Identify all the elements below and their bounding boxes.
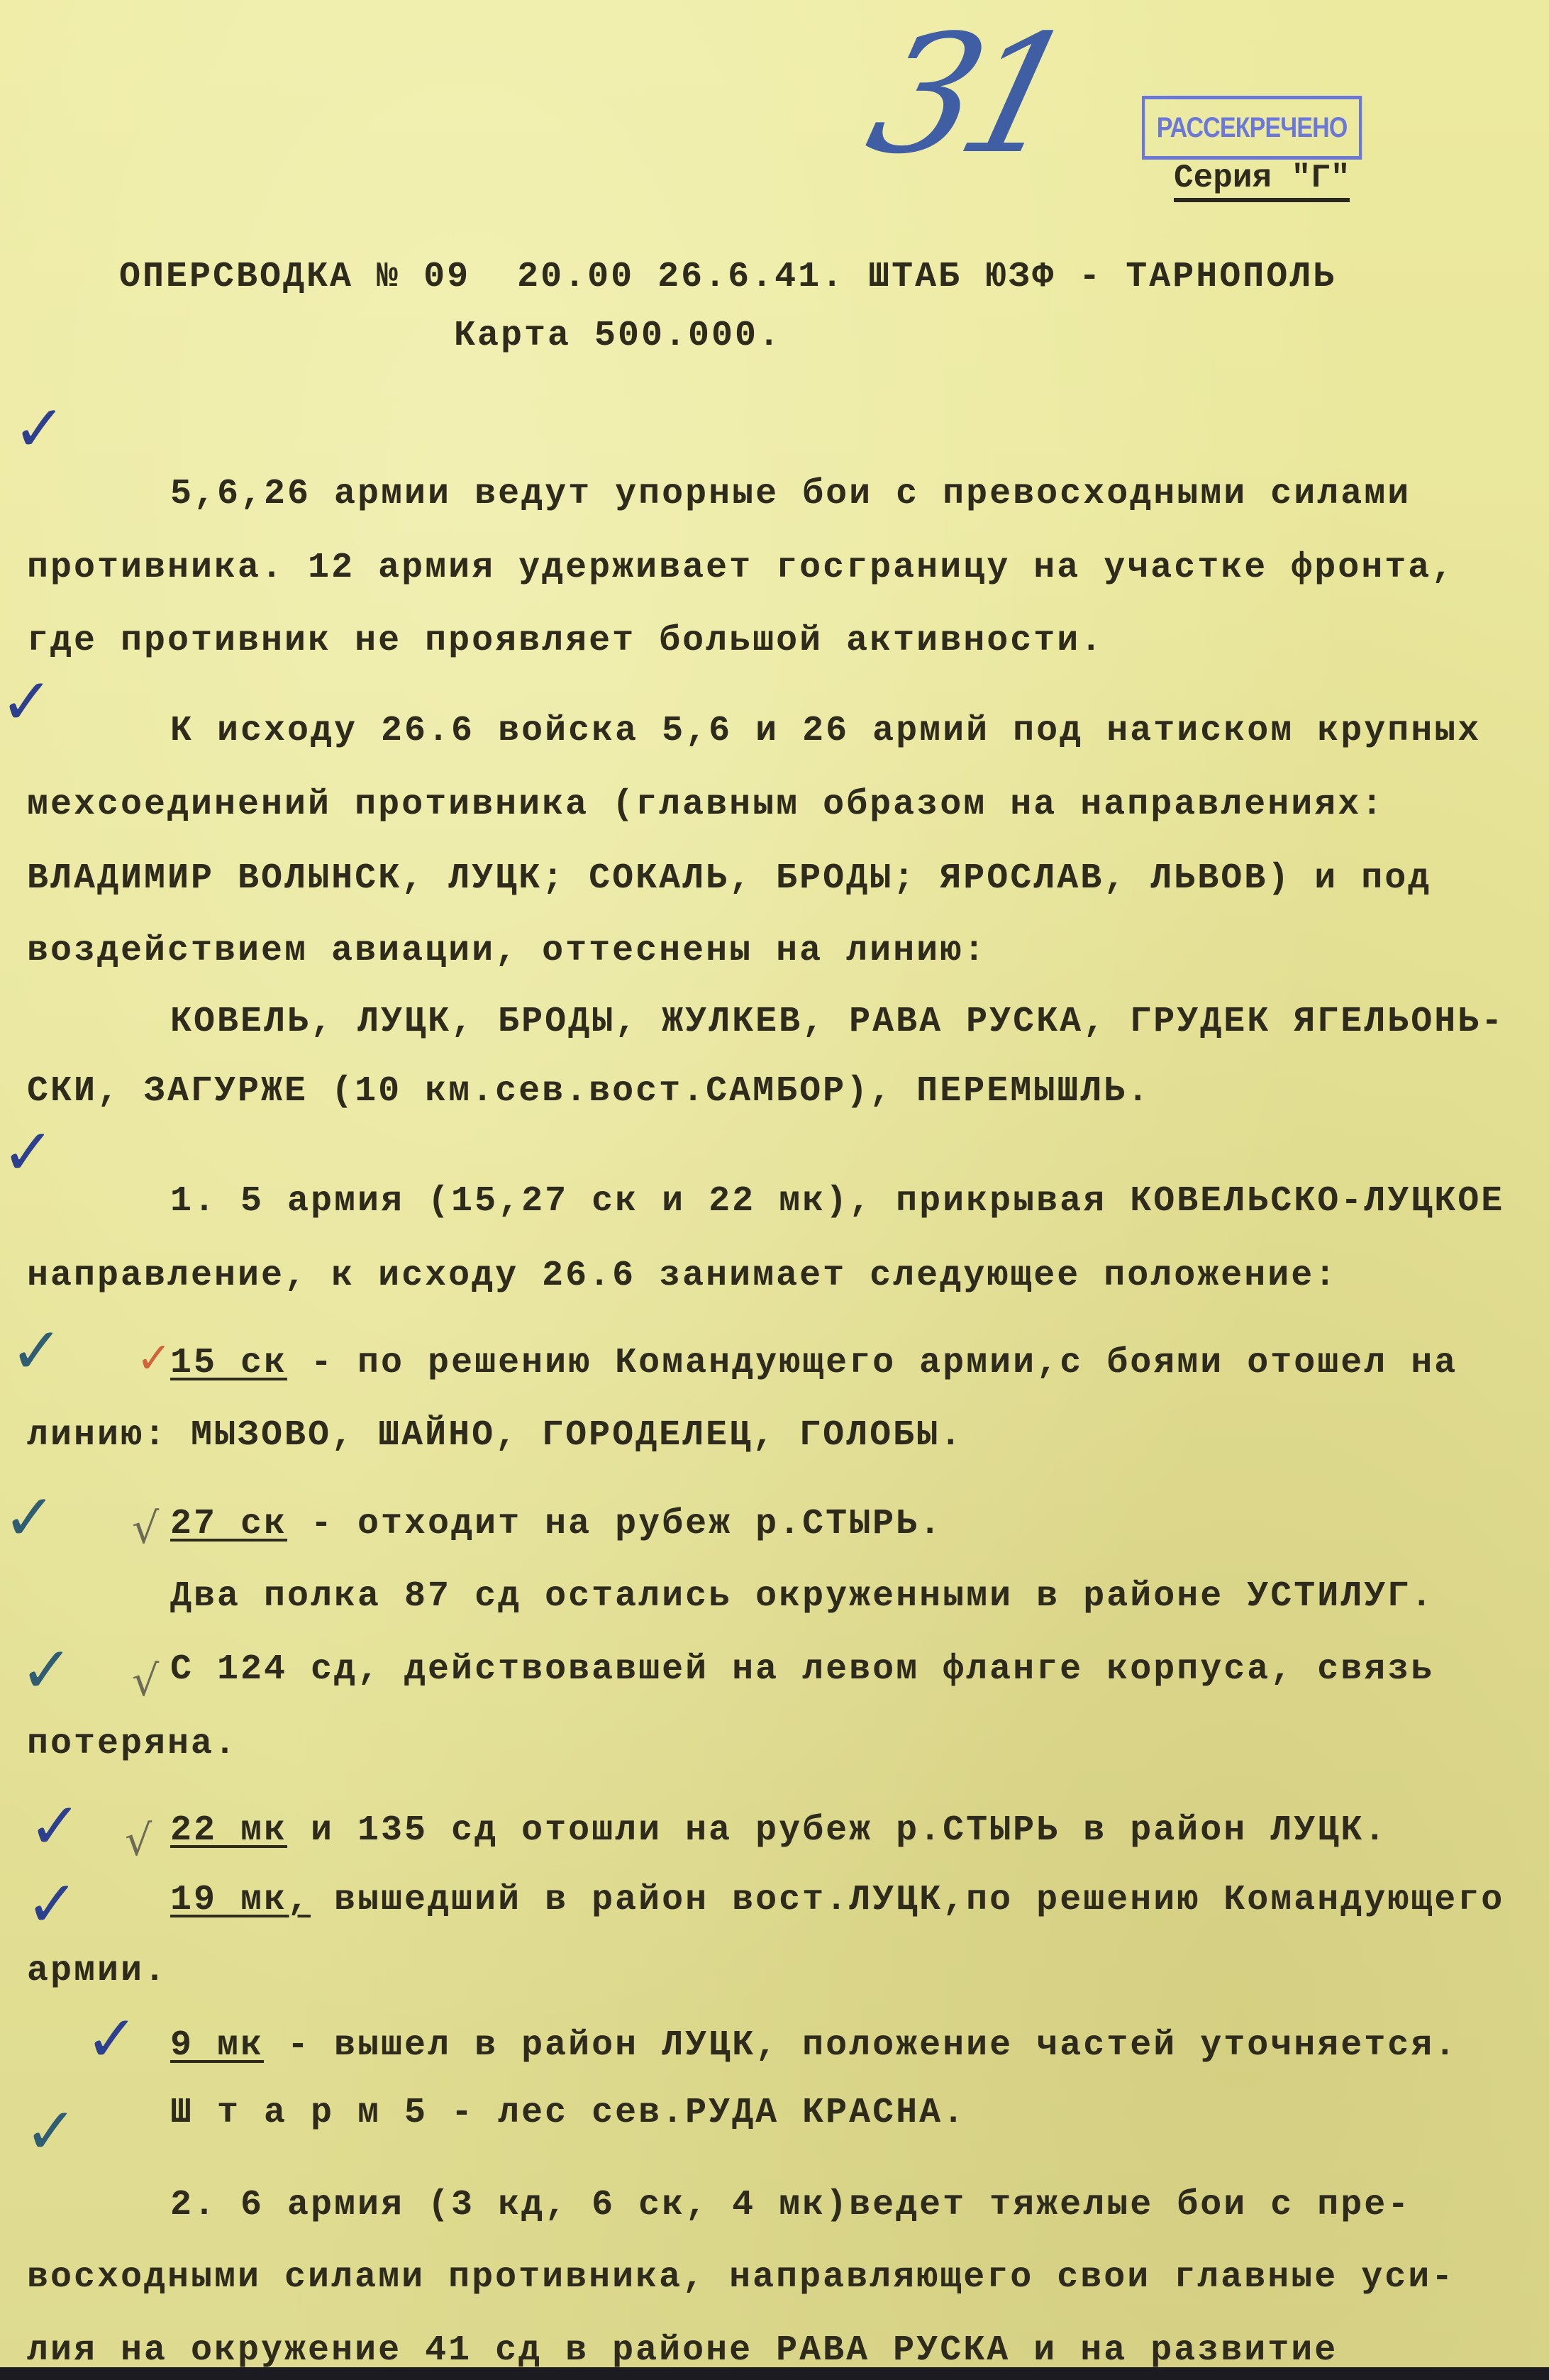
paragraph-line: направление, к исходу 26.6 занимает след… (27, 1256, 1338, 1296)
unit-entry-9mk: 9 мк - вышел в район ЛУЦК, положение час… (170, 2025, 1458, 2066)
check-mark-icon: ✓ (26, 1873, 79, 1937)
check-mark-icon: ✓ (10, 1319, 63, 1383)
unit-label: 19 мк, (170, 1880, 311, 1920)
check-mark-icon: ✓ (136, 1337, 172, 1380)
paragraph-line: СКИ, ЗАГУРЖЕ (10 км.сев.вост.САМБОР), ПЕ… (27, 1071, 1150, 1112)
torn-page-edge (0, 2367, 1549, 2380)
paragraph-line: потеряна. (27, 1724, 238, 1764)
unit-text: - по решению Командующего армии,с боями … (287, 1343, 1458, 1383)
paragraph-line: Два полка 87 сд остались окруженными в р… (170, 1576, 1434, 1617)
unit-text: - отходит на рубеж р.СТЫРЬ. (287, 1504, 943, 1544)
series-label: Серия "Г" (1174, 160, 1350, 202)
unit-label: 27 ск (170, 1504, 287, 1544)
unit-entry-27ck: 27 ск - отходит на рубеж р.СТЫРЬ. (170, 1504, 943, 1544)
paragraph-line: линию: МЫЗОВО, ШАЙНО, ГОРОДЕЛЕЦ, ГОЛОБЫ. (27, 1415, 963, 1456)
paragraph-line: восходными силами противника, направляющ… (27, 2257, 1455, 2298)
unit-entry-22mk: 22 мк и 135 сд отошли на рубеж р.СТЫРЬ в… (170, 1810, 1387, 1851)
unit-label: 22 мк (170, 1810, 287, 1851)
unit-text: - вышел в район ЛУЦК, положение частей у… (264, 2025, 1458, 2066)
paragraph-line: 1. 5 армия (15,27 ск и 22 мк), прикрывая… (170, 1181, 1504, 1222)
declassified-stamp: РАССЕКРЕЧЕНО (1142, 96, 1362, 160)
paragraph-line: ВЛАДИМИР ВОЛЫНСК, ЛУЦК; СОКАЛЬ, БРОДЫ; Я… (27, 858, 1431, 899)
unit-text: и 135 сд отошли на рубеж р.СТЫРЬ в район… (287, 1810, 1387, 1851)
check-mark-icon: √ (132, 1507, 159, 1550)
check-mark-icon: ✓ (3, 1486, 56, 1550)
unit-text: вышедший в район вост.ЛУЦК,по решению Ко… (311, 1880, 1504, 1920)
check-mark-icon: ✓ (13, 397, 66, 461)
paragraph-line: К исходу 26.6 войска 5,6 и 26 армий под … (170, 711, 1481, 751)
map-scale: Карта 500.000. (454, 316, 782, 356)
unit-entry-19mk: 19 мк, вышедший в район вост.ЛУЦК,по реш… (170, 1880, 1504, 1920)
paragraph-line: где противник не проявляет большой актив… (27, 621, 1104, 661)
army-hq-line: Ш т а р м 5 - лес сев.РУДА КРАСНА. (170, 2093, 966, 2133)
check-mark-icon: ✓ (0, 670, 53, 734)
unit-label: 9 мк (170, 2025, 264, 2066)
paragraph-line: КОВЕЛЬ, ЛУЦК, БРОДЫ, ЖУЛКЕВ, РАВА РУСКА,… (170, 1002, 1504, 1042)
paragraph-line: лия на окружение 41 сд в районе РАВА РУС… (27, 2330, 1338, 2371)
unit-entry-15ck: 15 ск - по решению Командующего армии,с … (170, 1343, 1458, 1383)
paragraph-line: армии. (27, 1951, 167, 1991)
document-title: ОПЕРСВОДКА № 09 20.00 26.6.41. ШТАБ ЮЗФ … (119, 257, 1336, 297)
check-mark-icon: √ (132, 1660, 159, 1703)
check-mark-icon: ✓ (20, 1639, 73, 1703)
paragraph-line: противника. 12 армия удерживает госграни… (27, 548, 1455, 588)
check-mark-icon: ✓ (85, 2008, 138, 2071)
paragraph-line: мехсоединений противника (главным образо… (27, 785, 1384, 825)
paragraph-line: С 124 сд, действовавшей на левом фланге … (170, 1649, 1434, 1690)
check-mark-icon: √ (125, 1820, 152, 1862)
check-mark-icon: ✓ (24, 2100, 77, 2164)
check-mark-icon: ✓ (1, 1121, 55, 1185)
paragraph-line: 5,6,26 армии ведут упорные бои с превосх… (170, 474, 1411, 514)
paragraph-line: 2. 6 армия (3 кд, 6 ск, 4 мк)ведет тяжел… (170, 2185, 1411, 2225)
check-mark-icon: ✓ (28, 1795, 82, 1859)
paragraph-line: воздействием авиации, оттеснены на линию… (27, 931, 987, 971)
unit-label: 15 ск (170, 1343, 287, 1383)
